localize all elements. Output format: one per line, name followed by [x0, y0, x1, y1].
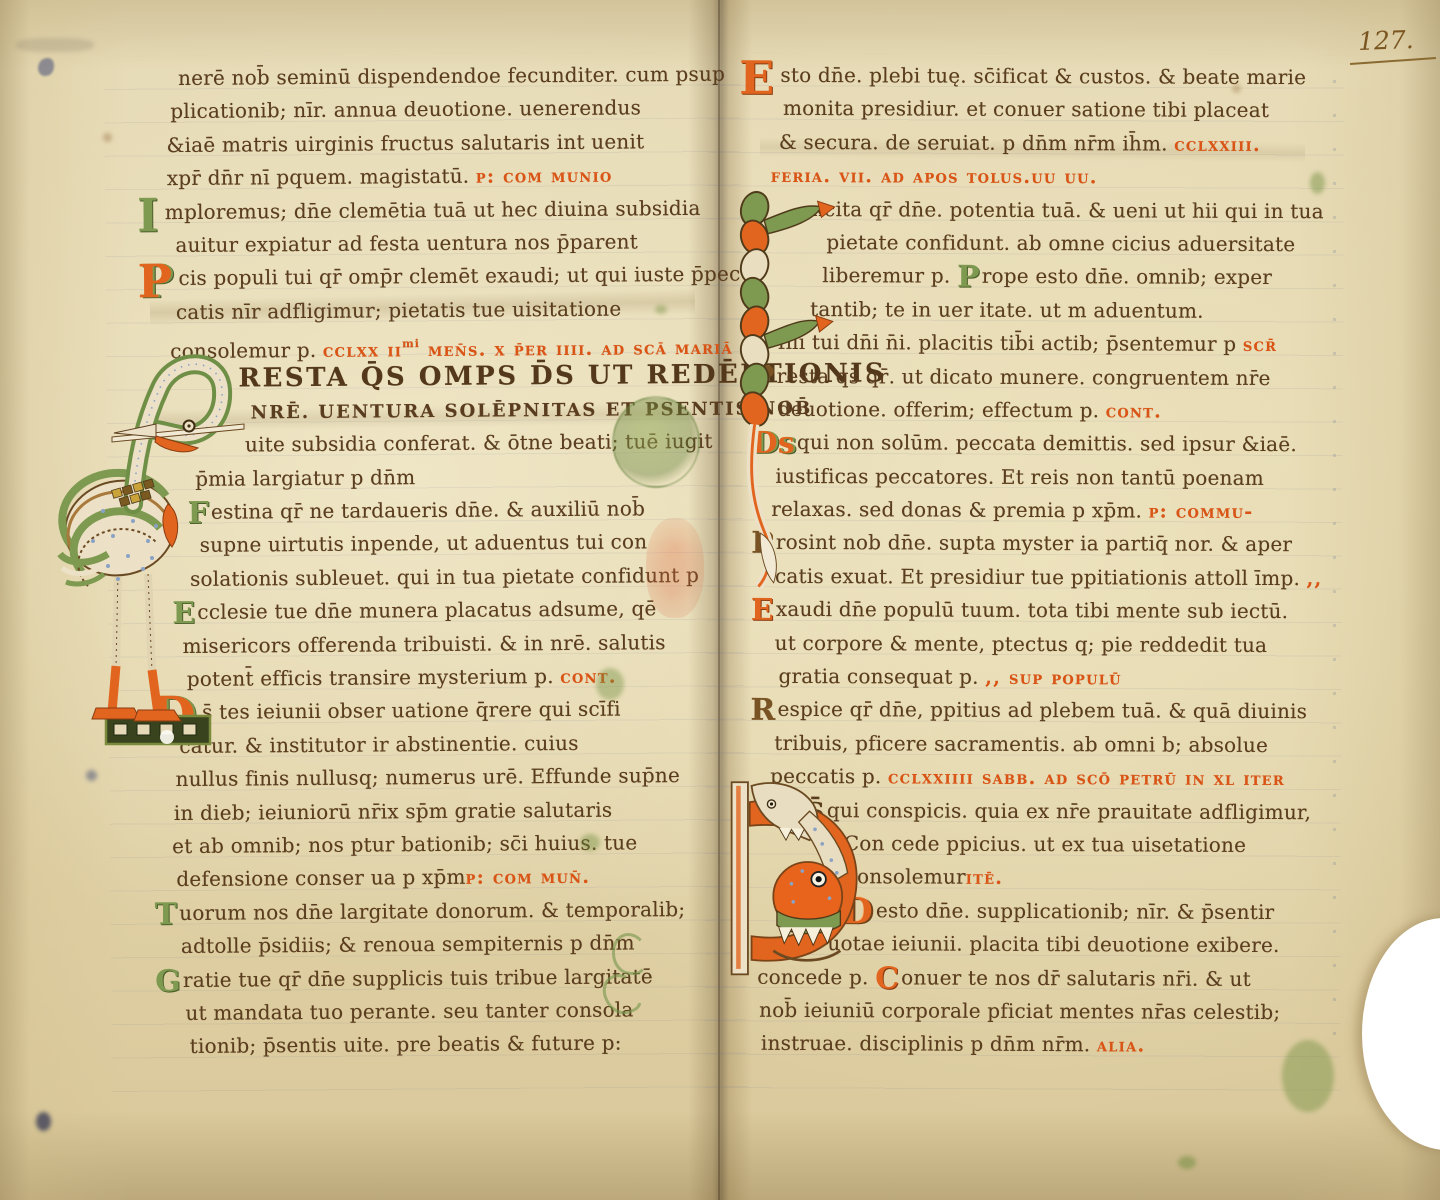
text-segment: fili tui dn̄i n̄i. placitis tib̄i actib;… — [778, 330, 1243, 356]
text-line: Gratie tue qr̄ dn̄e supplicis tuis tribu… — [155, 959, 726, 997]
text-segment: &iaē matris uirginis fructus salutaris i… — [167, 129, 645, 157]
text-line: & secura. de seruiat. p dn̄m nr̄m ih̄m. … — [779, 126, 1324, 162]
text-segment: alia. — [1097, 1035, 1146, 1057]
text-line: potent̄ efficis transire mysterium p. co… — [187, 659, 724, 697]
text-line: &iaē matris uirginis fructus salutaris i… — [166, 125, 719, 163]
text-segment: iustificas peccatores. Et reis non tantū… — [775, 464, 1264, 490]
text-line: uotae ieiunii. placita tibi deuotione ex… — [827, 927, 1320, 963]
text-segment: potent̄ efficis transire mysterium p. — [187, 664, 561, 691]
text-line: plicationib; nīr. annua deuotione. uener… — [170, 91, 719, 129]
text-line: relaxas. sed donas & premia p xp̄m. p: c… — [771, 493, 1322, 529]
text-line: catis exuat. Et presidiur tue ppitiation… — [775, 560, 1322, 596]
text-segment: nullus finis nullusq; numerus urē. Effun… — [176, 763, 681, 791]
text-line: defensione conser ua p xp̄mp: com mun̄. — [176, 859, 725, 897]
text-segment: nob̄ ieiuniū corporale pficiat mentes nr… — [759, 998, 1280, 1024]
text-segment: consolemur — [846, 865, 966, 890]
text-segment: scr̄ — [1243, 334, 1278, 356]
manuscript-photo: nerē nob̄ seminū dispendendoe fecunditer… — [0, 0, 1440, 1200]
text-segment: monita presidiur. et conuer satione tibi… — [783, 96, 1269, 122]
text-line: Pcis populi tui qr̄ omp̄r clemēt exaudi;… — [152, 258, 721, 296]
text-segment: cclxx ii — [323, 339, 402, 362]
text-segment: peccatis p. — [770, 764, 888, 789]
text-line: Desto dn̄e. supplicationib; nīr. & p̄sen… — [841, 894, 1320, 929]
text-line: fili tui dn̄i n̄i. placitis tib̄i actib;… — [778, 326, 1323, 362]
text-segment: s̄ tes ieiunii obser uatione q̄rere qui … — [202, 697, 621, 724]
ink-spot — [86, 770, 97, 781]
text-line: solationis subleuet. qui in tua pietate … — [190, 559, 723, 597]
text-line: xcita qr̄ dn̄e. potentia tuā. & ueni ut … — [813, 193, 1324, 229]
text-line: tionib; p̄sentis uite. pre beatis & futu… — [190, 1026, 727, 1064]
text-segment: misericors offerenda tribuisti. & in nrē… — [182, 630, 665, 658]
text-segment: rosint nob dn̄e. supta myster ia partiq̄… — [776, 530, 1292, 556]
text-line: tantib; te in uer itate. ut m aduentum. — [810, 293, 1323, 329]
text-line: S̄ qui conspicis. quia ex nr̄e prauitate… — [806, 794, 1321, 830]
text-segment: pietate confidunt. ab omne cicius aduers… — [826, 230, 1295, 256]
green-stain — [1178, 1156, 1196, 1169]
text-segment: deuotione. offerim; effectum p. — [778, 397, 1106, 422]
text-line: uite subsidia conferat. & ōtne beati; tu… — [245, 425, 722, 462]
text-line: ut mandata tuo perante. seu tanter conso… — [185, 993, 726, 1031]
ink-spot — [36, 1112, 51, 1131]
text-segment: gratia consequat p. — [779, 664, 986, 689]
text-segment: cont. — [560, 666, 617, 688]
text-line: Esto dn̄e. plebi tuę. sc̄ificat & custos… — [753, 59, 1324, 95]
text-line: in dieb; ieiuniorū nr̄ix sp̄m gratie sal… — [174, 792, 725, 830]
text-segment: uotae ieiunii. placita tibi deuotione ex… — [827, 931, 1279, 957]
text-segment: qui conspicis. quia ex nr̄e prauitate ad… — [827, 798, 1311, 824]
text-line: Ds̄ tes ieiunii obser uatione q̄rere qui… — [159, 692, 724, 730]
text-line: gratia consequat p. ,, sup populū — [778, 660, 1321, 696]
corner-pencil-mark — [16, 38, 94, 52]
text-segment: plicationib; nīr. annua deuotione. uener… — [170, 96, 641, 124]
right-page: Esto dn̄e. plebi tuę. sc̄ificat & custos… — [745, 59, 1324, 1091]
text-segment: ut mandata tuo perante. seu tanter conso… — [185, 997, 633, 1025]
text-line: deuotione. offerim; effectum p. cont. — [778, 393, 1323, 429]
text-line: iustificas peccatores. Et reis non tantū… — [775, 460, 1322, 496]
text-line: tribuis, pficere sacramentis. ab omni b;… — [774, 727, 1321, 763]
text-segment: adtolle p̄sidiis; & renoua sempiternis p… — [181, 931, 635, 959]
text-line: Tuorum nos dn̄e largitate donorum. & tem… — [155, 892, 726, 930]
text-segment: ratie tue qr̄ dn̄e supplicis tuis tribue… — [183, 964, 653, 992]
text-segment: p: commu- — [1149, 501, 1254, 523]
text-line: NRĒ. UENTURA SOLĒPNITAS ET PSENTIS NOB̄ — [251, 392, 722, 429]
text-segment: uorum nos dn̄e largitate donorum. & temp… — [179, 897, 685, 925]
text-segment: catis exuat. Et presidiur tue ppitiation… — [775, 564, 1307, 590]
text-segment: feria. vii. ad apos tolus. — [771, 165, 1032, 188]
text-line: nerē nob̄ seminū dispendendoe fecunditer… — [178, 58, 719, 96]
text-segment: ut corpore & mente, ptectus q; pie redde… — [775, 631, 1268, 657]
text-segment: tantib; te in uer itate. ut m aduentum. — [810, 297, 1204, 323]
text-line: Respice qr̄ dn̄e, ppitius ad plebem tuā.… — [750, 693, 1321, 729]
text-line: ut corpore & mente, ptectus q; pie redde… — [775, 627, 1322, 663]
text-segment: instruae. disciplinis p dn̄m nr̄m. — [761, 1031, 1097, 1056]
text-line: p̄mia largiatur p dn̄m — [195, 458, 722, 496]
text-segment: consolemur p. — [170, 338, 323, 363]
text-segment: cis populi tui qr̄ omp̄r clemēt exaudi; … — [178, 262, 740, 290]
text-segment: uite subsidia conferat. & ōtne beati; tu… — [245, 429, 713, 457]
text-segment: esto dn̄e. supplicationib; nīr. & p̄sent… — [876, 898, 1274, 924]
text-line: adtolle p̄sidiis; & renoua sempiternis p… — [181, 926, 726, 964]
text-segment: defensione conser ua p xp̄m — [176, 865, 465, 891]
corner-ink-blot — [38, 58, 54, 76]
text-segment: xaudi dn̄e populū tuum. tota tibi mente … — [776, 597, 1288, 623]
text-segment: cclxxiiii sabb. ad scō petrū in xl iter — [888, 767, 1285, 791]
text-segment: xpr̄ dn̄r nī pquem. magistatū. — [167, 164, 476, 190]
text-segment: auitur expiatur ad festa uentura nos p̄p… — [175, 229, 638, 257]
text-segment: resta qs̄ qr̄. ut dicato munere. congrue… — [777, 363, 1271, 389]
text-segment: nerē nob̄ seminū dispendendoe fecunditer… — [178, 62, 725, 90]
text-segment: mploremus; dn̄e clemētia tuā ut hec diui… — [165, 195, 701, 223]
fox-spot — [103, 133, 112, 142]
text-line: Imploremus; dn̄e clemētia tuā ut hec diu… — [151, 191, 720, 229]
text-line: concede p. Conuer te nos dr̄ salutaris n… — [757, 960, 1320, 996]
text-segment: p: com mun̄. — [466, 866, 591, 889]
text-line: pietate confidunt. ab omne cicius aduers… — [826, 226, 1323, 262]
text-line: misericors offerenda tribuisti. & in nrē… — [182, 625, 723, 663]
text-segment: cclesie tue dn̄e munera placatus adsume,… — [197, 597, 656, 625]
text-segment: onuer te nos dr̄ salutaris nr̄i. & ut — [901, 965, 1251, 991]
prick-marks — [1333, 80, 1336, 1060]
text-line: auitur expiatur ad festa uentura nos p̄p… — [175, 225, 720, 263]
text-line: Dsqui non solūm. peccata demittis. sed i… — [752, 426, 1323, 462]
text-segment: Con cede ppicius. ut ex tua uisetatione — [844, 831, 1246, 857]
text-segment: relaxas. sed donas & premia p xp̄m. — [771, 497, 1148, 523]
text-line: peccatis p. cclxxiiii sabb. ad scō petrū… — [770, 760, 1321, 796]
text-line: RESTA Q̄S OMPS D̄S UT REDĒPTIONIS — [238, 358, 721, 395]
text-segment: & secura. de seruiat. p dn̄m nr̄m ih̄m. — [779, 130, 1175, 156]
text-segment: p: com munio — [476, 165, 613, 188]
text-line: Con cede ppicius. ut ex tua uisetatione — [844, 827, 1321, 862]
text-line: et ab omnib; nos ptur bationib; sc̄i hui… — [172, 826, 725, 864]
folio-underline — [1350, 57, 1436, 65]
text-segment: et ab omnib; nos ptur bationib; sc̄i hui… — [172, 830, 637, 858]
text-segment: rope esto dn̄e. omnib; exper — [982, 264, 1272, 289]
text-segment: concede p. — [757, 964, 875, 989]
text-line: monita presidiur. et conuer satione tibi… — [783, 92, 1324, 128]
text-segment: itē. — [966, 867, 1004, 889]
parchment-hole — [1362, 918, 1440, 1150]
text-line: consolemur p. cclxx iimi men̄s. x p̄er i… — [170, 325, 721, 363]
text-segment: sto dn̄e. plebi tuę. sc̄ificat & custos.… — [780, 63, 1306, 89]
text-segment: catur. & institutor ir abstinentie. cuiu… — [179, 731, 579, 758]
text-line: Festina qr̄ ne tardaueris dn̄e. & auxili… — [187, 492, 722, 530]
text-segment: in dieb; ieiuniorū nr̄ix sp̄m gratie sal… — [174, 797, 613, 824]
text-segment: qui non solūm. peccata demittis. sed ips… — [797, 430, 1297, 456]
text-segment: cclxxiii. — [1174, 133, 1261, 155]
text-segment: estina qr̄ ne tardaueris dn̄e. & auxiliū… — [211, 496, 645, 523]
text-segment: solationis subleuet. qui in tua pietate … — [190, 563, 699, 591]
text-line: Ecclesie tue dn̄e munera placatus adsume… — [172, 592, 723, 630]
text-segment: xcita qr̄ dn̄e. potentia tuā. & ueni ut … — [813, 197, 1324, 223]
folio-number: 127. — [1358, 25, 1415, 56]
text-segment: mi — [402, 337, 420, 350]
text-line: catur. & institutor ir abstinentie. cuiu… — [179, 726, 724, 764]
text-segment: liberemur p. — [822, 263, 957, 288]
text-line: Prosint nob dn̄e. supta myster ia partiq… — [751, 526, 1322, 562]
text-line: nullus finis nullusq; numerus urē. Effun… — [175, 759, 724, 797]
text-segment: ,, — [1307, 568, 1323, 590]
text-line: Exaudi dn̄e populū tuum. tota tibi mente… — [751, 593, 1322, 629]
text-line: instruae. disciplinis p dn̄m nr̄m. alia. — [761, 1027, 1320, 1063]
text-line: supne uirtutis inpende, ut aduentus tui … — [200, 525, 723, 562]
text-line: Presta qs̄ qr̄. ut dicato munere. congru… — [752, 359, 1323, 395]
text-line: liberemur p. Prope esto dn̄e. omnib; exp… — [822, 259, 1323, 295]
text-segment: tribuis, pficere sacramentis. ab omni b;… — [774, 731, 1268, 757]
text-segment: cont. — [1106, 400, 1162, 422]
left-page: nerē nob̄ seminū dispendendoe fecunditer… — [144, 58, 727, 1092]
text-segment: p̄mia largiatur p dn̄m — [195, 465, 415, 491]
text-line: nob̄ ieiuniū corporale pficiat mentes nr… — [759, 994, 1320, 1030]
text-line: consolemuritē. — [846, 861, 1321, 896]
text-segment: espice qr̄ dn̄e, ppitius ad plebem tuā. … — [777, 697, 1307, 723]
text-segment: tionib; p̄sentis uite. pre beatis & futu… — [190, 1031, 622, 1058]
text-segment: catis nīr adfligimur; pietatis tue uisit… — [176, 296, 622, 323]
text-segment: ,, sup populū — [985, 667, 1122, 690]
text-segment: NRĒ. UENTURA SOLĒPNITAS ET PSENTIS NOB̄ — [251, 398, 813, 423]
text-line: catis nīr adfligimur; pietatis tue uisit… — [176, 291, 721, 329]
text-segment: supne uirtutis inpende, ut aduentus tui … — [200, 530, 648, 558]
text-line: xpr̄ dn̄r nī pquem. magistatū. p: com mu… — [167, 158, 720, 196]
text-line: feria. vii. ad apos tolus.uu uu. — [771, 159, 1324, 195]
text-segment: uu uu. — [1031, 166, 1097, 188]
